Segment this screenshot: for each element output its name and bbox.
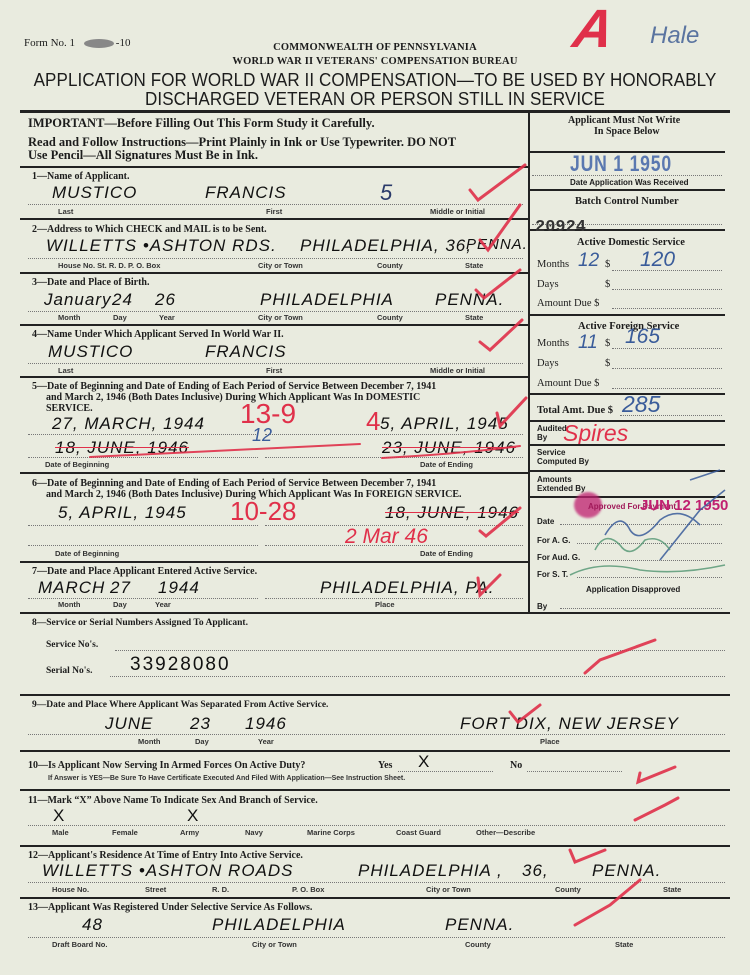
- section-label: 3—Date and Place of Birth.: [32, 277, 150, 288]
- sub-label: City or Town: [258, 261, 303, 270]
- sub-label: State: [615, 940, 633, 949]
- total-label: Total Amt. Due $: [537, 405, 613, 416]
- disapproved-label: Application Disapproved: [586, 585, 680, 594]
- address-street[interactable]: WILLETTS •ASHTON RDS.: [46, 236, 277, 256]
- section-label: 4—Name Under Which Applicant Served In W…: [32, 329, 284, 340]
- approved-stamp: JUN 12 1950: [640, 497, 728, 514]
- option-marine-corps[interactable]: Marine Corps: [307, 828, 355, 837]
- sub-label: Day: [195, 737, 209, 746]
- birth-day[interactable]: 24: [112, 290, 133, 310]
- sub-label: Street: [145, 885, 166, 894]
- sub-label: State: [663, 885, 681, 894]
- field-line: [28, 734, 725, 735]
- form-title-line2: DISCHARGED VETERAN OR PERSON STILL IN SE…: [30, 88, 720, 110]
- audg-label: For Aud. G.: [537, 553, 580, 562]
- section-label: 11—Mark “X” Above Name To Indicate Sex A…: [28, 795, 318, 806]
- sub-label: City or Town: [426, 885, 471, 894]
- signature-st: [570, 565, 725, 575]
- days-label: Days: [537, 279, 559, 290]
- computed-label: Service Computed By: [537, 448, 597, 466]
- sub-label: Day: [113, 313, 127, 322]
- foreign-months: 11: [578, 332, 598, 354]
- instructions-line1: IMPORTANT—Before Filling Out This Form S…: [28, 116, 375, 131]
- section-label: 8—Service or Serial Numbers Assigned To …: [32, 618, 248, 628]
- sub-label: House No.: [52, 885, 89, 894]
- mark-male[interactable]: X: [53, 806, 65, 826]
- option-other[interactable]: Other—Describe: [476, 828, 535, 837]
- divider: [530, 470, 725, 472]
- foreign-amount: 165: [625, 325, 660, 349]
- reviewer-note: Hale: [650, 22, 699, 50]
- panel-heading: Applicant Must Not Write: [568, 115, 680, 126]
- margin-mark: 5: [380, 180, 393, 206]
- field-line: [28, 937, 725, 938]
- separation-day[interactable]: 23: [190, 714, 211, 734]
- sub-label: Draft Board No.: [52, 940, 107, 949]
- field-line: [28, 204, 523, 205]
- divider: [20, 845, 730, 847]
- sub-label: Month: [138, 737, 161, 746]
- field-line: [28, 825, 725, 826]
- panel-heading: In Space Below: [594, 126, 660, 137]
- applicant-last-name[interactable]: MUSTICO: [52, 183, 137, 203]
- birth-state[interactable]: PENNA.: [435, 290, 504, 310]
- option-army[interactable]: Army: [180, 828, 199, 837]
- separation-place[interactable]: FORT DIX, NEW JERSEY: [460, 714, 679, 734]
- residence-city[interactable]: PHILADELPHIA ,: [358, 861, 503, 881]
- option-navy[interactable]: Navy: [245, 828, 263, 837]
- domestic-end-1[interactable]: 5, APRIL, 1945: [380, 414, 509, 434]
- months-label: Months: [537, 259, 569, 270]
- received-label: Date Application Was Received: [570, 178, 689, 187]
- field-line: [532, 175, 722, 176]
- draft-county[interactable]: PENNA.: [445, 915, 514, 935]
- sub-label: City or Town: [258, 313, 303, 322]
- field-line: [28, 434, 258, 435]
- st-label: For S. T.: [537, 570, 568, 579]
- field-line: [28, 882, 725, 883]
- amount-due-label: Amount Due $: [537, 378, 599, 389]
- sub-label: Year: [155, 600, 171, 609]
- service-number-label: Service No's.: [46, 640, 98, 650]
- sub-label: County: [377, 313, 403, 322]
- divider: [20, 472, 528, 474]
- sub-label: Month: [58, 600, 81, 609]
- sub-label: Middle or Initial: [430, 207, 485, 216]
- field-line: [265, 598, 523, 599]
- section-label: 13—Applicant Was Registered Under Select…: [28, 902, 312, 913]
- by-label: By: [537, 602, 547, 611]
- divider: [530, 444, 725, 446]
- serial-number-label: Serial No's.: [46, 666, 92, 676]
- batch-number: 20924: [535, 218, 586, 237]
- field-line: [28, 457, 258, 458]
- sub-label: County: [555, 885, 581, 894]
- field-line: [110, 676, 725, 677]
- address-city[interactable]: PHILADELPHIA, 36,: [300, 236, 472, 256]
- sub-label: House No. St. R. D. P. O. Box: [58, 261, 160, 270]
- entry-year[interactable]: 1944: [158, 578, 200, 598]
- sub-label: Last: [58, 366, 73, 375]
- sub-label: Year: [159, 313, 175, 322]
- field-line: [577, 577, 722, 578]
- top-rule: [20, 110, 730, 113]
- sub-label: County: [377, 261, 403, 270]
- section-label: 5—Date of Beginning and Date of Ending o…: [32, 381, 436, 392]
- divider: [20, 166, 528, 168]
- section-label: 9—Date and Place Where Applicant Was Sep…: [32, 700, 328, 710]
- sub-label: Date of Ending: [420, 549, 473, 558]
- amount-due-label: Amount Due $: [537, 298, 599, 309]
- field-line: [28, 363, 523, 364]
- domestic-begin-2[interactable]: 18, JUNE, 1946: [55, 438, 189, 458]
- field-line: [612, 270, 722, 271]
- entry-place[interactable]: PHILADELPHIA, PA.: [320, 578, 494, 598]
- sub-label: County: [465, 940, 491, 949]
- divider: [20, 561, 528, 563]
- extended-label: Amounts Extended By: [537, 475, 597, 493]
- sub-label: Middle or Initial: [430, 366, 485, 375]
- divider: [530, 314, 725, 316]
- yes-label: Yes: [378, 760, 392, 771]
- divider: [20, 376, 528, 378]
- panel-divider: [528, 110, 530, 612]
- foreign-begin-1[interactable]: 5, APRIL, 1945: [58, 503, 187, 523]
- birth-year[interactable]: 26: [155, 290, 176, 310]
- divider: [20, 272, 528, 274]
- service-number-field[interactable]: [115, 650, 725, 651]
- field-line: [612, 388, 722, 389]
- mark-army[interactable]: X: [187, 806, 199, 826]
- section-label: 7—Date and Place Applicant Entered Activ…: [32, 566, 257, 577]
- address-state[interactable]: PENNA.: [466, 236, 528, 253]
- sub-label: First: [266, 366, 282, 375]
- domestic-amount: 120: [640, 248, 675, 272]
- red-note: 4: [366, 406, 380, 437]
- received-date-stamp: JUN 1 1950: [570, 151, 672, 177]
- divider: [20, 897, 730, 899]
- field-line: [28, 258, 523, 259]
- check-mark-icon: [585, 640, 655, 673]
- divider: [20, 694, 730, 696]
- option-male[interactable]: Male: [52, 828, 69, 837]
- field-line: [28, 598, 258, 599]
- option-female[interactable]: Female: [112, 828, 138, 837]
- sub-label: State: [465, 261, 483, 270]
- section-label: 6—Date of Beginning and Date of Ending o…: [32, 478, 436, 489]
- dollar-sign: $: [605, 259, 610, 270]
- section-label: SERVICE.: [46, 403, 93, 414]
- field-line: [612, 348, 722, 349]
- section-label: and March 2, 1946 (Both Dates Inclusive)…: [46, 392, 420, 403]
- yes-field[interactable]: [398, 771, 493, 772]
- domestic-begin-1[interactable]: 27, MARCH, 1944: [52, 414, 205, 434]
- divider: [20, 218, 528, 220]
- birth-month[interactable]: January: [44, 290, 111, 310]
- check-mark-icon: [470, 165, 525, 200]
- ag-label: For A. G.: [537, 536, 570, 545]
- entry-day[interactable]: 27: [110, 578, 131, 598]
- domestic-heading: Active Domestic Service: [577, 237, 685, 248]
- dollar-sign: $: [605, 358, 610, 369]
- no-field[interactable]: [527, 771, 622, 772]
- section-label: 1—Name of Applicant.: [32, 171, 130, 182]
- no-label: No: [510, 760, 522, 771]
- sub-label: Date of Ending: [420, 460, 473, 469]
- birth-city[interactable]: PHILADELPHIA: [260, 290, 394, 310]
- blue-note: 12: [252, 425, 272, 446]
- check-mark-icon: [575, 880, 640, 925]
- header-line1: COMMONWEALTH OF PENNSYLVANIA: [0, 42, 750, 53]
- dollar-sign: $: [605, 338, 610, 349]
- field-line: [612, 368, 722, 369]
- divider: [530, 189, 725, 191]
- red-note: 10-28: [230, 496, 297, 527]
- field-line: [28, 525, 258, 526]
- domestic-end-2[interactable]: 23, JUNE, 1946: [382, 438, 516, 458]
- sub-label: P. O. Box: [292, 885, 324, 894]
- months-label: Months: [537, 338, 569, 349]
- residence-street[interactable]: WILLETTS •ASHTON ROADS: [42, 861, 294, 881]
- field-line: [612, 289, 722, 290]
- sub-label: Year: [258, 737, 274, 746]
- sub-label: Day: [113, 600, 127, 609]
- field-line: [265, 457, 523, 458]
- sub-label: State: [465, 313, 483, 322]
- foreign-end-1[interactable]: 18, JUNE, 1946: [385, 503, 519, 523]
- field-line: [620, 415, 722, 416]
- header-line2: WORLD WAR II VETERANS' COMPENSATION BURE…: [0, 56, 750, 67]
- sub-label: Place: [540, 737, 560, 746]
- field-line: [560, 524, 722, 525]
- divider: [20, 789, 730, 791]
- days-label: Days: [537, 358, 559, 369]
- field-line: [560, 608, 722, 609]
- date-label: Date: [537, 517, 554, 526]
- sub-label: Last: [58, 207, 73, 216]
- field-line: [265, 434, 523, 435]
- total-amount: 285: [622, 391, 660, 418]
- service-first-name[interactable]: FRANCIS: [205, 342, 287, 362]
- domestic-months: 12: [578, 250, 599, 272]
- sub-label: First: [266, 207, 282, 216]
- field-line: [612, 308, 722, 309]
- separation-month[interactable]: JUNE: [105, 714, 153, 734]
- yes-mark[interactable]: X: [418, 752, 430, 772]
- audited-signature: Spires: [563, 420, 628, 447]
- dollar-sign: $: [605, 279, 610, 290]
- service-last-name[interactable]: MUSTICO: [48, 342, 133, 362]
- applicant-first-name[interactable]: FRANCIS: [205, 183, 287, 203]
- sub-label: Date of Beginning: [45, 460, 109, 469]
- residence-state[interactable]: PENNA.: [592, 861, 661, 881]
- sub-label: Date of Beginning: [55, 549, 119, 558]
- instruction-note: If Answer is YES—Be Sure To Have Certifi…: [48, 775, 405, 782]
- instructions-line3: Use Pencil—All Signatures Must Be in Ink…: [28, 148, 258, 163]
- field-line: [28, 311, 523, 312]
- sub-label: Place: [375, 600, 395, 609]
- option-coast-guard[interactable]: Coast Guard: [396, 828, 441, 837]
- sub-label: R. D.: [212, 885, 229, 894]
- entry-month[interactable]: MARCH: [38, 578, 105, 598]
- divider: [20, 612, 730, 614]
- section-label: 2—Address to Which CHECK and MAIL is to …: [32, 224, 267, 235]
- batch-label: Batch Control Number: [575, 196, 679, 207]
- section-label: 10—Is Applicant Now Serving In Armed For…: [28, 760, 305, 771]
- sub-label: City or Town: [252, 940, 297, 949]
- field-line: [265, 545, 523, 546]
- residence-county[interactable]: 36,: [522, 861, 549, 881]
- field-line: [590, 560, 722, 561]
- separation-year[interactable]: 1946: [245, 714, 287, 734]
- section-label: 12—Applicant's Residence At Time of Entr…: [28, 850, 303, 861]
- draft-board-number[interactable]: 48: [82, 915, 103, 935]
- check-mark-icon: [638, 767, 675, 782]
- field-line: [28, 545, 258, 546]
- field-line: [577, 543, 722, 544]
- draft-city[interactable]: PHILADELPHIA: [212, 915, 346, 935]
- sub-label: Month: [58, 313, 81, 322]
- serial-number-value[interactable]: 33928080: [130, 654, 231, 676]
- divider: [20, 750, 730, 752]
- check-mark-icon: [635, 798, 678, 820]
- divider: [20, 324, 528, 326]
- signature-audg: [595, 539, 670, 552]
